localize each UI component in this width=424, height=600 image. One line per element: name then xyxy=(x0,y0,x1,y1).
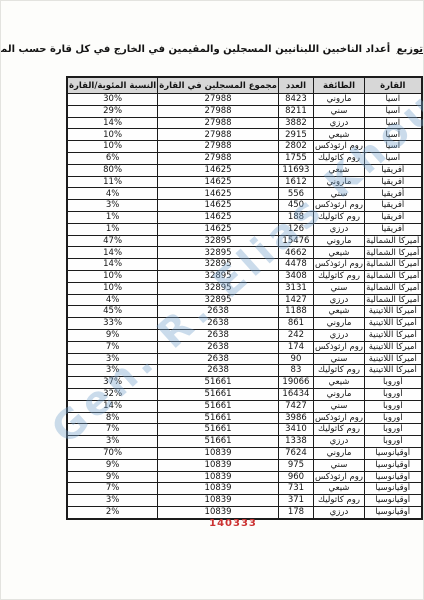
table-cell: 1% xyxy=(67,211,158,223)
table-row: أوقيانوسياشيعي731108397% xyxy=(67,483,422,495)
table-cell: 10839 xyxy=(158,495,279,507)
table-cell: 32895 xyxy=(158,235,279,247)
table-row: أوقيانوسياسني975108399% xyxy=(67,459,422,471)
table-cell: 32895 xyxy=(158,247,279,259)
table-cell: 8423 xyxy=(278,94,313,106)
table-row: أفريقياشيعي116931462580% xyxy=(67,164,422,176)
table-row: أوقيانوسياروم كاثوليك371108393% xyxy=(67,495,422,507)
table-cell: 960 xyxy=(278,471,313,483)
table-cell: روم كاثوليك xyxy=(313,365,364,377)
table-cell: درزي xyxy=(313,436,364,448)
table-cell: ماروني xyxy=(313,176,364,188)
table-cell: أوروبا xyxy=(365,436,422,448)
table-cell: 30% xyxy=(67,94,158,106)
table-cell: 2638 xyxy=(158,306,279,318)
table-row: أوروباروم ارثوذكس3986516618% xyxy=(67,412,422,424)
table-cell: آسيا xyxy=(365,152,422,164)
table-cell: 7624 xyxy=(278,447,313,459)
table-row: أفريقيادرزي126146251% xyxy=(67,223,422,235)
table-cell: أميركا اللاتينية xyxy=(365,306,422,318)
table-cell: 188 xyxy=(278,211,313,223)
table-row: أميركا الشماليةشيعي46623289514% xyxy=(67,247,422,259)
table-row: أوروباروم كاثوليك3410516617% xyxy=(67,424,422,436)
table-cell: 14625 xyxy=(158,188,279,200)
table-row: أوقيانوسياماروني76241083970% xyxy=(67,447,422,459)
table-cell: 7% xyxy=(67,424,158,436)
table-cell: درزي xyxy=(313,294,364,306)
table-cell: شيعي xyxy=(313,129,364,141)
table-cell: 371 xyxy=(278,495,313,507)
table-cell: شيعي xyxy=(313,377,364,389)
table-cell: 731 xyxy=(278,483,313,495)
table-cell: 27988 xyxy=(158,117,279,129)
table-cell: 3986 xyxy=(278,412,313,424)
table-cell: شيعي xyxy=(313,247,364,259)
table-cell: 8211 xyxy=(278,105,313,117)
table-cell: 10% xyxy=(67,141,158,153)
table-cell: 32% xyxy=(67,388,158,400)
table-cell: 1755 xyxy=(278,152,313,164)
table-cell: 29% xyxy=(67,105,158,117)
table-cell: درزي xyxy=(313,329,364,341)
table-cell: أوروبا xyxy=(365,388,422,400)
table-cell: 51661 xyxy=(158,400,279,412)
table-cell: 4478 xyxy=(278,259,313,271)
table-cell: 14625 xyxy=(158,211,279,223)
table-cell: درزي xyxy=(313,223,364,235)
table-cell: 51661 xyxy=(158,424,279,436)
table-cell: آسيا xyxy=(365,141,422,153)
table-cell: 16434 xyxy=(278,388,313,400)
table-cell: آسيا xyxy=(365,105,422,117)
table-cell: أوروبا xyxy=(365,412,422,424)
table-cell: 1188 xyxy=(278,306,313,318)
table-cell: 3131 xyxy=(278,282,313,294)
table-cell: 14% xyxy=(67,117,158,129)
table-row: آسيادرزي38822798814% xyxy=(67,117,422,129)
table-cell: 51661 xyxy=(158,388,279,400)
voters-by-continent-table: القارةالطائفةالعددمجموع المسجلين في القا… xyxy=(66,76,423,520)
table-cell: 3882 xyxy=(278,117,313,129)
grand-total-value: 140333 xyxy=(193,518,273,529)
table-cell: 1338 xyxy=(278,436,313,448)
table-row: أميركا الشماليةسني31313289510% xyxy=(67,282,422,294)
table-cell: 556 xyxy=(278,188,313,200)
table-row: أميركا اللاتينيةشيعي1188263845% xyxy=(67,306,422,318)
table-cell: أوروبا xyxy=(365,377,422,389)
table-cell: 32895 xyxy=(158,282,279,294)
table-cell: 975 xyxy=(278,459,313,471)
table-cell: 10839 xyxy=(158,447,279,459)
table-row: آسياروم ارثوذكس28022798810% xyxy=(67,141,422,153)
table-cell: 14% xyxy=(67,247,158,259)
table-cell: 45% xyxy=(67,306,158,318)
table-cell: أوقيانوسيا xyxy=(365,447,422,459)
table-cell: ماروني xyxy=(313,318,364,330)
table-cell: أميركا الشمالية xyxy=(365,294,422,306)
table-cell: 27988 xyxy=(158,105,279,117)
table-header-cell: العدد xyxy=(278,77,313,94)
table-cell: 32895 xyxy=(158,270,279,282)
table-cell: 2915 xyxy=(278,129,313,141)
table-cell: روم ارثوذكس xyxy=(313,471,364,483)
table-cell: 242 xyxy=(278,329,313,341)
table-cell: 27988 xyxy=(158,94,279,106)
table-cell: آسيا xyxy=(365,94,422,106)
table-cell: 37% xyxy=(67,377,158,389)
table-cell: 3% xyxy=(67,436,158,448)
table-row: آسياسني82112798829% xyxy=(67,105,422,117)
table-cell: أوقيانوسيا xyxy=(365,495,422,507)
table-cell: 2638 xyxy=(158,329,279,341)
table-cell: أميركا الشمالية xyxy=(365,282,422,294)
table-cell: 14625 xyxy=(158,223,279,235)
table-row: أميركا الشماليةدرزي1427328954% xyxy=(67,294,422,306)
table-row: أفريقياماروني16121462511% xyxy=(67,176,422,188)
table-header-cell: النسبة المئوية/القارة xyxy=(67,77,158,94)
table-cell: ماروني xyxy=(313,388,364,400)
table-cell: 14625 xyxy=(158,176,279,188)
document-title-rest: أعداد الناخبين اللبنانيين المسجلين والمق… xyxy=(0,44,390,55)
table-cell: 7% xyxy=(67,483,158,495)
table-cell: شيعي xyxy=(313,483,364,495)
table-cell: 14625 xyxy=(158,200,279,212)
table-header-cell: مجموع المسجلين في القارة xyxy=(158,77,279,94)
table-cell: أميركا اللاتينية xyxy=(365,318,422,330)
table-cell: أميركا الشمالية xyxy=(365,270,422,282)
table-cell: 10839 xyxy=(158,483,279,495)
table-cell: 2638 xyxy=(158,341,279,353)
table-cell: روم ارثوذكس xyxy=(313,412,364,424)
table-cell: 27988 xyxy=(158,129,279,141)
table-cell: 4% xyxy=(67,294,158,306)
table-cell: روم كاثوليك xyxy=(313,495,364,507)
table-cell: 3% xyxy=(67,200,158,212)
table-cell: 3410 xyxy=(278,424,313,436)
voters-table-container: القارةالطائفةالعددمجموع المسجلين في القا… xyxy=(66,76,423,520)
table-cell: 4662 xyxy=(278,247,313,259)
table-cell: 14% xyxy=(67,259,158,271)
table-row: أوروباشيعي190665166137% xyxy=(67,377,422,389)
table-cell: أميركا اللاتينية xyxy=(365,365,422,377)
table-cell: ماروني xyxy=(313,235,364,247)
table-cell: 2802 xyxy=(278,141,313,153)
table-header-cell: الطائفة xyxy=(313,77,364,94)
table-cell: 7% xyxy=(67,341,158,353)
table-cell: أميركا الشمالية xyxy=(365,247,422,259)
table-body: آسياماروني84232798830%آسياسني82112798829… xyxy=(67,94,422,519)
table-cell: أميركا اللاتينية xyxy=(365,353,422,365)
table-cell: أفريقيا xyxy=(365,164,422,176)
table-cell: سني xyxy=(313,400,364,412)
table-cell: 14% xyxy=(67,400,158,412)
table-row: أفريقياسني556146254% xyxy=(67,188,422,200)
table-cell: 19066 xyxy=(278,377,313,389)
table-cell: أوقيانوسيا xyxy=(365,483,422,495)
table-row: أميركا اللاتينيةروم ارثوذكس17426387% xyxy=(67,341,422,353)
table-header-row: القارةالطائفةالعددمجموع المسجلين في القا… xyxy=(67,77,422,94)
table-cell: أميركا اللاتينية xyxy=(365,329,422,341)
table-cell: 83 xyxy=(278,365,313,377)
table-cell: 2638 xyxy=(158,318,279,330)
table-cell: 9% xyxy=(67,471,158,483)
table-cell: 27988 xyxy=(158,152,279,164)
table-cell: 11% xyxy=(67,176,158,188)
table-row: أميركا اللاتينيةروم كاثوليك8326383% xyxy=(67,365,422,377)
table-cell: 3% xyxy=(67,353,158,365)
table-cell: روم ارثوذكس xyxy=(313,141,364,153)
table-cell: 47% xyxy=(67,235,158,247)
table-cell: 861 xyxy=(278,318,313,330)
table-cell: أوقيانوسيا xyxy=(365,506,422,518)
table-cell: ماروني xyxy=(313,447,364,459)
table-cell: سني xyxy=(313,188,364,200)
document-title-lead: توزيع xyxy=(397,44,423,55)
table-cell: شيعي xyxy=(313,164,364,176)
table-cell: 70% xyxy=(67,447,158,459)
table-cell: روم ارثوذكس xyxy=(313,259,364,271)
table-cell: أفريقيا xyxy=(365,211,422,223)
table-row: أفريقياروم ارثوذكس450146253% xyxy=(67,200,422,212)
table-row: أفريقياروم كاثوليك188146251% xyxy=(67,211,422,223)
table-cell: شيعي xyxy=(313,306,364,318)
table-cell: 10839 xyxy=(158,459,279,471)
table-cell: 9% xyxy=(67,459,158,471)
table-cell: سني xyxy=(313,105,364,117)
table-row: أميركا الشماليةروم كاثوليك34083289510% xyxy=(67,270,422,282)
table-cell: 4% xyxy=(67,188,158,200)
table-cell: 1612 xyxy=(278,176,313,188)
table-row: آسياروم كاثوليك1755279886% xyxy=(67,152,422,164)
table-cell: أفريقيا xyxy=(365,200,422,212)
table-cell: 51661 xyxy=(158,436,279,448)
table-cell: 2638 xyxy=(158,365,279,377)
table-cell: 10% xyxy=(67,282,158,294)
table-row: آسياشيعي29152798810% xyxy=(67,129,422,141)
table-cell: 11693 xyxy=(278,164,313,176)
table-cell: 7427 xyxy=(278,400,313,412)
table-cell: سني xyxy=(313,282,364,294)
table-cell: أوروبا xyxy=(365,424,422,436)
table-cell: 1% xyxy=(67,223,158,235)
table-cell: 3% xyxy=(67,365,158,377)
table-cell: 80% xyxy=(67,164,158,176)
table-cell: روم كاثوليك xyxy=(313,270,364,282)
table-row: أوروباسني74275166114% xyxy=(67,400,422,412)
table-row: أوقيانوسيادرزي178108392% xyxy=(67,506,422,518)
table-cell: 51661 xyxy=(158,377,279,389)
table-cell: أميركا الشمالية xyxy=(365,259,422,271)
table-row: أوقيانوسياروم ارثوذكس960108399% xyxy=(67,471,422,483)
table-row: أميركا اللاتينيةدرزي24226389% xyxy=(67,329,422,341)
table-row: أميركا الشماليةروم ارثوذكس44783289514% xyxy=(67,259,422,271)
table-cell: 15476 xyxy=(278,235,313,247)
table-cell: 90 xyxy=(278,353,313,365)
table-cell: 10% xyxy=(67,270,158,282)
table-cell: 8% xyxy=(67,412,158,424)
table-cell: 450 xyxy=(278,200,313,212)
table-cell: 51661 xyxy=(158,412,279,424)
table-cell: روم ارثوذكس xyxy=(313,341,364,353)
table-cell: 126 xyxy=(278,223,313,235)
table-cell: 6% xyxy=(67,152,158,164)
table-cell: 10% xyxy=(67,129,158,141)
table-cell: أميركا اللاتينية xyxy=(365,341,422,353)
table-cell: 10839 xyxy=(158,471,279,483)
table-header-cell: القارة xyxy=(365,77,422,94)
table-cell: درزي xyxy=(313,117,364,129)
table-cell: سني xyxy=(313,459,364,471)
table-cell: 1427 xyxy=(278,294,313,306)
table-cell: 178 xyxy=(278,506,313,518)
table-cell: أفريقيا xyxy=(365,188,422,200)
table-cell: 3408 xyxy=(278,270,313,282)
table-row: أميركا الشماليةماروني154763289547% xyxy=(67,235,422,247)
table-cell: 3% xyxy=(67,495,158,507)
table-cell: أوقيانوسيا xyxy=(365,471,422,483)
table-cell: أوروبا xyxy=(365,400,422,412)
table-cell: أفريقيا xyxy=(365,176,422,188)
table-row: أميركا اللاتينيةماروني861263833% xyxy=(67,318,422,330)
table-cell: آسيا xyxy=(365,129,422,141)
document-title: توزيع أعداد الناخبين اللبنانيين المسجلين… xyxy=(1,44,423,55)
table-row: أوروباماروني164345166132% xyxy=(67,388,422,400)
table-cell: روم كاثوليك xyxy=(313,424,364,436)
table-cell: 27988 xyxy=(158,141,279,153)
table-cell: أوقيانوسيا xyxy=(365,459,422,471)
table-cell: 2638 xyxy=(158,353,279,365)
table-cell: 10839 xyxy=(158,506,279,518)
table-cell: آسيا xyxy=(365,117,422,129)
table-cell: روم كاثوليك xyxy=(313,152,364,164)
table-row: أميركا اللاتينيةسني9026383% xyxy=(67,353,422,365)
table-cell: 2% xyxy=(67,506,158,518)
table-cell: 32895 xyxy=(158,294,279,306)
table-cell: أميركا الشمالية xyxy=(365,235,422,247)
table-cell: روم كاثوليك xyxy=(313,211,364,223)
table-cell: 14625 xyxy=(158,164,279,176)
scanned-document-page: Gen. R. Elias Khoury توزيع أعداد الناخبي… xyxy=(0,0,424,600)
table-cell: أفريقيا xyxy=(365,223,422,235)
table-cell: 9% xyxy=(67,329,158,341)
table-row: آسياماروني84232798830% xyxy=(67,94,422,106)
table-cell: درزي xyxy=(313,506,364,518)
table-cell: 174 xyxy=(278,341,313,353)
table-cell: سني xyxy=(313,353,364,365)
table-cell: ماروني xyxy=(313,94,364,106)
table-row: أوروبادرزي1338516613% xyxy=(67,436,422,448)
table-cell: 33% xyxy=(67,318,158,330)
table-cell: روم ارثوذكس xyxy=(313,200,364,212)
table-cell: 32895 xyxy=(158,259,279,271)
